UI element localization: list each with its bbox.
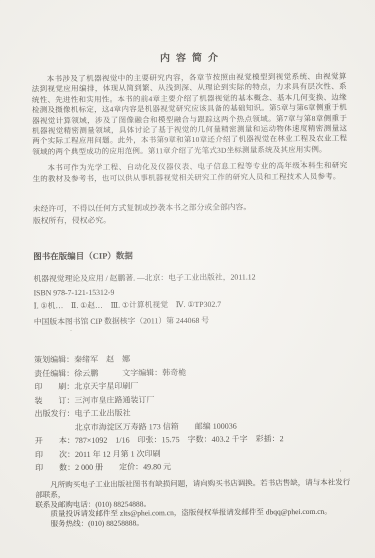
summary-paragraph-2: 本书可作为光学工程、自动化及仪器仪表、电子信息工程等专业的高年级本科生和研究生的… [32,161,347,185]
scanned-page-content: 内容简介 本书涉及了机器视觉中的主要研究内容，各章节按照由视觉模型到视觉系统、由… [31,0,346,1]
summary-paragraph-1: 本书涉及了机器视觉中的主要研究内容，各章节按照由视觉模型到视觉系统、由视觉算法到… [32,72,348,158]
service-hotline: 服务热线：(010) 88258888。 [36,517,351,530]
summary-title: 内容简介 [31,48,346,66]
cip-record-number: 中国版本图书馆 CIP 数据核字（2011）第 244068 号 [34,312,349,328]
service-exchange-note: 凡所购买电子工业出版社图书有缺损问题，请向购买书店调换。若书店售缺，请与本社发行… [35,478,350,500]
cip-data-section: 图书在版编目（CIP）数据 机器视觉理论及应用 / 赵鹏著. —北京：电子工业出… [33,248,349,329]
colophon-copies-price: 印 数：2 000 册 定价：49.80 元 [35,459,350,475]
book-copyright-page: 内容简介 本书涉及了机器视觉中的主要研究内容，各章节按照由视觉模型到视觉系统、由… [0,0,375,558]
content-summary-section: 内容简介 本书涉及了机器视觉中的主要研究内容，各章节按照由视觉模型到视觉系统、由… [31,48,347,185]
cip-classification: Ⅰ. ①机… Ⅱ. ①赵… Ⅲ. ①计算机视觉 Ⅳ. ①TP302.7 [34,297,349,313]
cip-title: 图书在版编目（CIP）数据 [33,248,348,263]
service-info-section: 凡所购买电子工业出版社图书有缺损问题，请向购买书店调换。若书店售缺，请与本社发行… [35,478,350,530]
copyright-notice-line-2: 版权所有，侵权必究。 [33,212,348,226]
colophon-section: 策划编辑：秦绪军 赵 娜 责任编辑：徐云鹏 文字编辑：韩奇桅 印 刷：北京天宇星… [34,351,350,475]
copyright-notice-section: 未经许可，不得以任何方式复制或抄袭本书之部分或全部内容。 版权所有，侵权必究。 [33,201,348,227]
scan-speck [70,330,72,331]
